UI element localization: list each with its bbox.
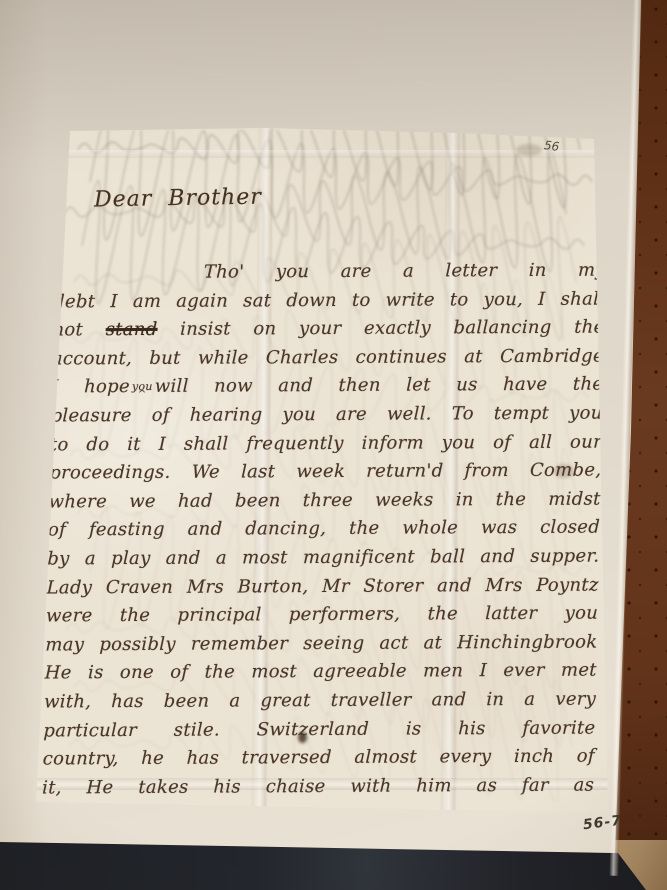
line-text: will now and then let us have the [155, 374, 604, 397]
photographed-letter-scene: 56 Dear Brother Tho' you are a letter in… [0, 0, 667, 890]
letter-line: may possibly remember seeing act at Hinc… [45, 628, 598, 659]
caret-mark: ^ [138, 390, 147, 400]
letter-line: by a play and a most magnificent ball an… [47, 542, 600, 573]
letter-line: country, he has traversed almost every i… [42, 743, 595, 774]
paper-smudge [516, 144, 542, 156]
letter-line: with, has been a great traveller and in … [44, 685, 597, 716]
letter-line: Lady Craven Mrs Burton, Mr Storer and Mr… [46, 571, 599, 602]
struck-out-word: stand [105, 319, 157, 340]
letter-line: Tho' you are a letter in my [53, 257, 606, 288]
archival-number-top: 56 [543, 138, 560, 154]
letter-body-text: Tho' you are a letter in my debt I am ag… [42, 257, 606, 803]
letter-page: 56 Dear Brother Tho' you are a letter in… [36, 128, 608, 816]
letter-line: where we had been three weeks in the mid… [48, 485, 601, 516]
letter-line: it, He takes his chaise with him as far … [42, 771, 595, 802]
letter-line: of feasting and dancing, the whole was c… [48, 514, 601, 545]
letter-line: pleasure of hearing you are well. To tem… [50, 400, 603, 431]
letter-line: He is one of the most agreeable men I ev… [44, 657, 597, 688]
line-text: I hope [51, 376, 130, 397]
line-text: insist on your exactly ballancing the [180, 317, 605, 340]
letter-line-with-strikethrough: not stand insist on your exactly ballanc… [52, 314, 605, 345]
letter-line: were the principal performers, the latte… [46, 600, 599, 631]
letter-line: proceedings. We last week return'd from … [49, 457, 602, 488]
letter-line: debt I am again sat down to write to you… [53, 285, 606, 316]
letter-line: particular stile. Switzerland is his fav… [43, 714, 596, 745]
letter-line: to do it I shall frequently inform you o… [50, 428, 603, 459]
letter-line-with-insertion: I hopeyou^will now and then let us have … [51, 371, 604, 402]
letter-line: account, but while Charles continues at … [52, 342, 605, 373]
letter-salutation: Dear Brother [94, 185, 262, 213]
